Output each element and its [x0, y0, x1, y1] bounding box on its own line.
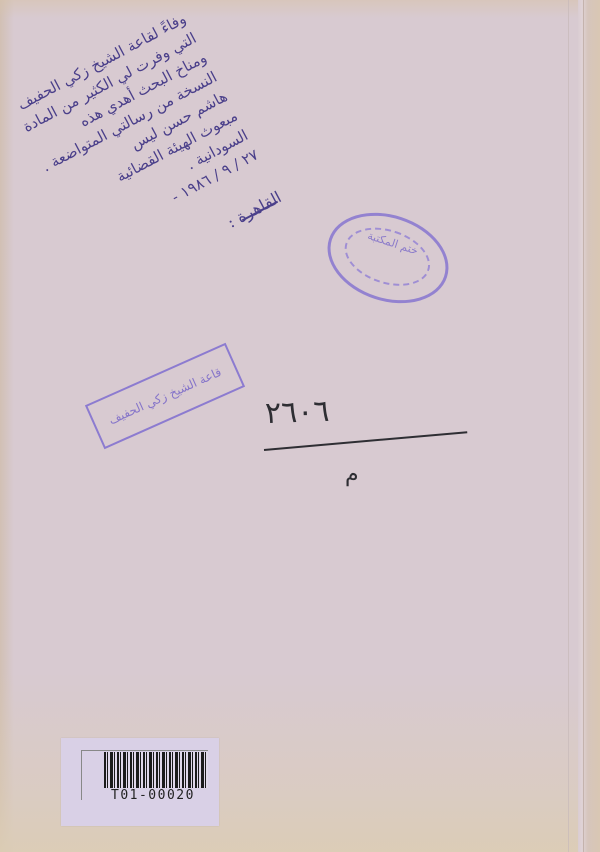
oval-library-stamp: ختم المكتبة — [316, 198, 461, 318]
barcode-label: T01-00020 — [61, 738, 219, 826]
handwritten-dedication: وفاءً لقاعة الشيخ زكي الحفيف التي وفرت ل… — [0, 8, 292, 333]
call-number: ٢٦٠٦ — [264, 394, 330, 431]
barcode-bars — [104, 752, 208, 788]
page-fold-line — [583, 0, 584, 852]
rectangular-hall-stamp: قاعة الشيخ زكي الحفيف — [85, 343, 245, 449]
document-page: وفاءً لقاعة الشيخ زكي الحفيف التي وفرت ل… — [0, 0, 600, 852]
call-number-sub: م — [345, 462, 359, 487]
page-fold-line-inner — [568, 0, 569, 852]
call-number-divider — [264, 431, 467, 451]
barcode-number: T01-00020 — [111, 788, 195, 803]
page-spine-edge — [578, 0, 600, 852]
